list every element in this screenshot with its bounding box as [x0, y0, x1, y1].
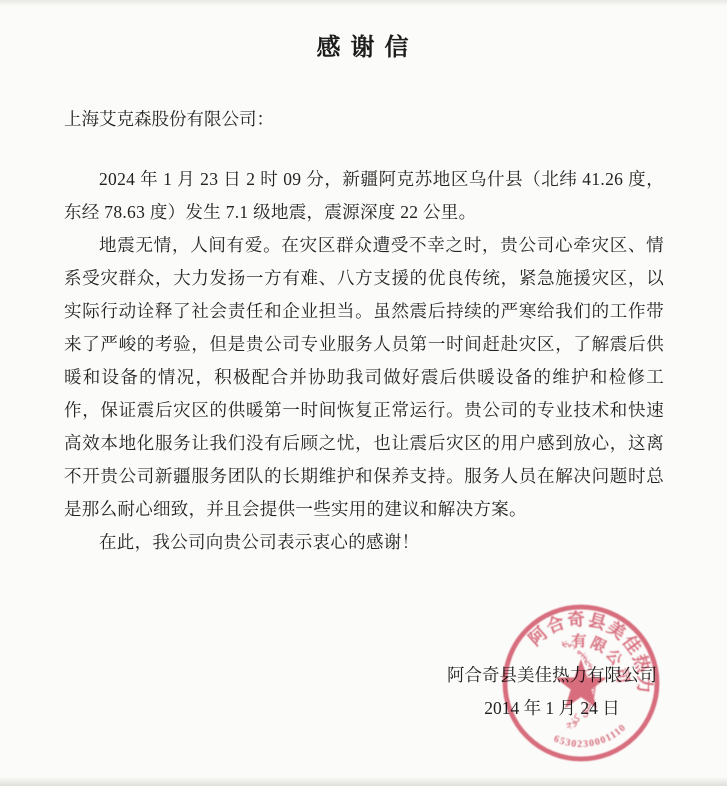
- signature-company-name: 阿合奇县美佳热力有限公司: [445, 659, 659, 692]
- seal-registration-number: 6530230001110: [552, 722, 629, 750]
- signature-block: 阿合奇县美佳热力有限公司 2014 年 1 月 24 日: [445, 659, 659, 725]
- signature-date: 2014 年 1 月 24 日: [445, 692, 659, 725]
- letter-title: 感 谢 信: [0, 0, 727, 64]
- paragraph-closing-thanks: 在此，我公司向贵公司表示衷心的感谢！: [64, 526, 664, 559]
- letter-page: 感 谢 信 上海艾克森股份有限公司： 2024 年 1 月 23 日 2 时 0…: [0, 0, 727, 786]
- recipient-salutation: 上海艾克森股份有限公司：: [64, 103, 727, 136]
- letter-body: 2024 年 1 月 23 日 2 时 09 分，新疆阿克苏地区乌什县（北纬 4…: [64, 163, 664, 559]
- paragraph-earthquake-facts: 2024 年 1 月 23 日 2 时 09 分，新疆阿克苏地区乌什县（北纬 4…: [64, 163, 664, 229]
- paragraph-gratitude-details: 地震无情，人间有爱。在灾区群众遭受不幸之时，贵公司心牵灾区、情系受灾群众，大力发…: [64, 229, 664, 526]
